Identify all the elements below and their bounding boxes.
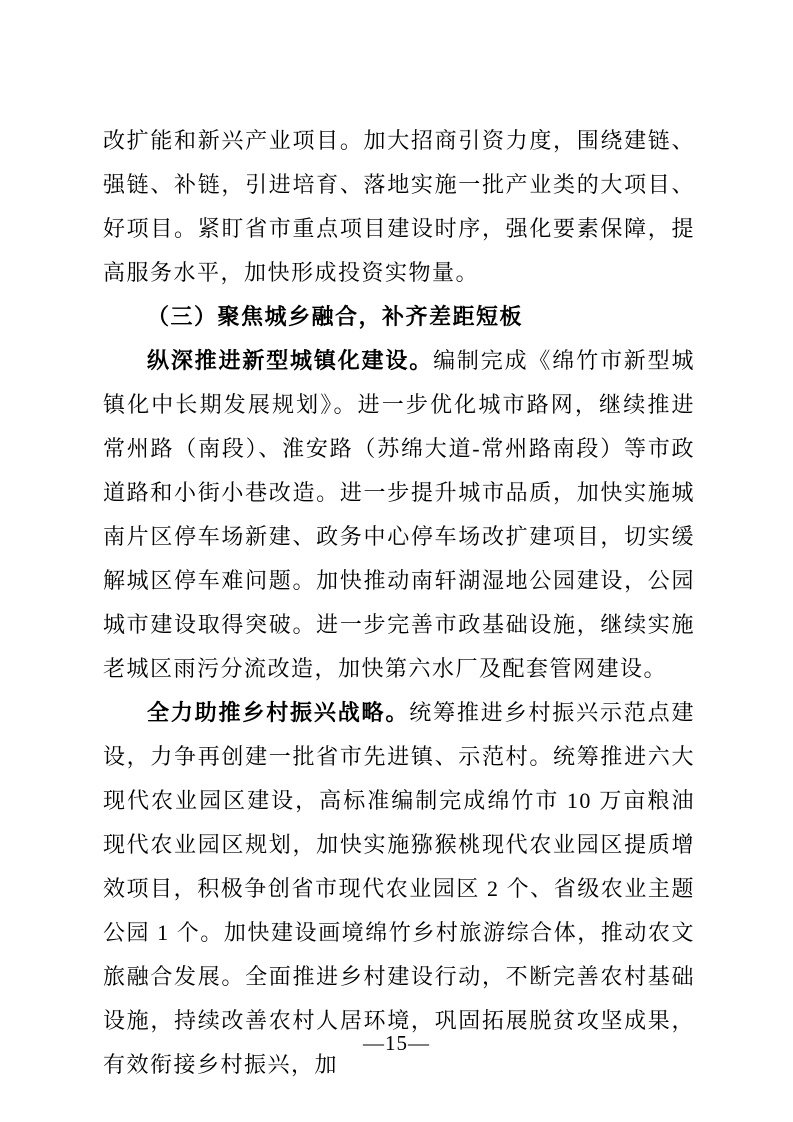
document-page: 改扩能和新兴产业项目。加大招商引资力度，围绕建链、强链、补链，引进培育、落地实施… [0,0,793,1122]
paragraph-text: 编制完成《绵竹市新型城镇化中长期发展规划》。进一步优化城市路网，继续推进常州路（… [103,348,695,681]
page-number: —15— [363,1031,430,1055]
paragraph: 全力助推乡村振兴战略。统筹推进乡村振兴示范点建设，力争再创建一批省市先进镇、示范… [103,691,695,1087]
paragraph-lead: 全力助推乡村振兴战略。 [147,700,409,725]
section-heading: （三）聚焦城乡融合，补齐差距短板 [103,295,695,339]
paragraph: 改扩能和新兴产业项目。加大招商引资力度，围绕建链、强链、补链，引进培育、落地实施… [103,119,695,295]
document-body: 改扩能和新兴产业项目。加大招商引资力度，围绕建链、强链、补链，引进培育、落地实施… [103,119,695,1087]
paragraph: 纵深推进新型城镇化建设。编制完成《绵竹市新型城镇化中长期发展规划》。进一步优化城… [103,339,695,691]
paragraph-lead: 纵深推进新型城镇化建设。 [147,348,433,373]
paragraph-text: 统筹推进乡村振兴示范点建设，力争再创建一批省市先进镇、示范村。统筹推进六大现代农… [103,700,695,1077]
page-footer: —15— [0,1030,793,1056]
